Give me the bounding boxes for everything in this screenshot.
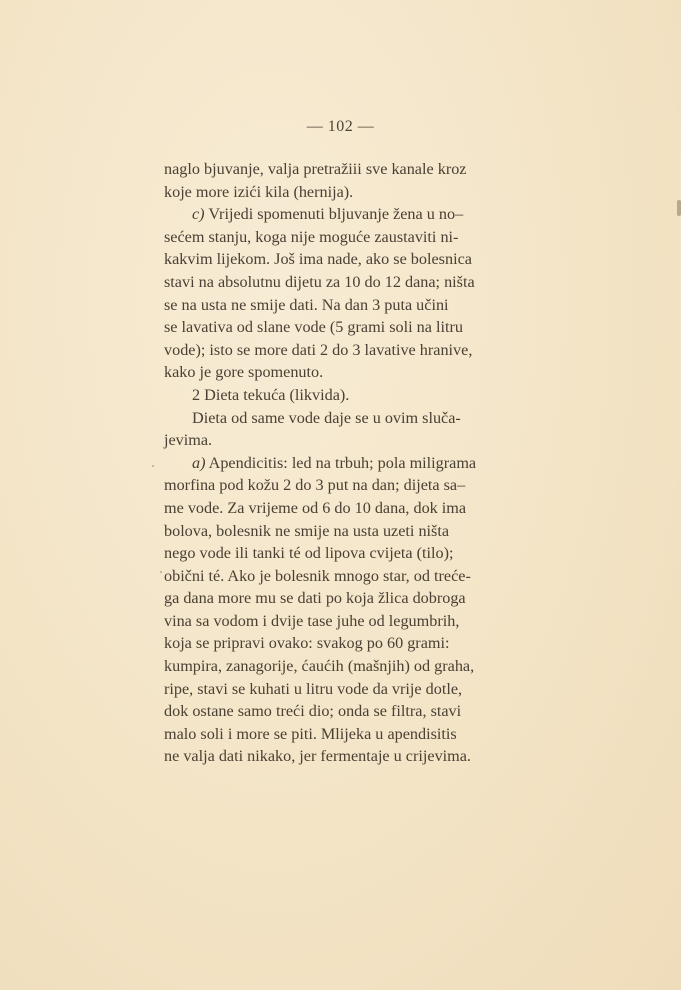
text-line: koja se pripravi ovako: svakog po 60 gra… [164, 632, 544, 655]
line-text: se na usta ne smije dati. Na dan 3 puta … [164, 294, 449, 317]
text-line: malo soli i more se piti. Mlijeka u apen… [164, 723, 544, 746]
section-c-heading: c) Vrijedi spomenuti bljuvanje žena u no… [164, 203, 544, 226]
text-line: nego vode ili tanki té od lipova cvijeta… [164, 542, 544, 565]
text-line: koje more izići kila (hernija). [164, 181, 544, 204]
line-text: ne valja dati nikako, jer fermentaje u c… [164, 745, 471, 768]
line-text: vode); isto se more dati 2 do 3 lavative… [164, 339, 472, 362]
section-a-heading: a) Apendicitis: led na trbuh; pola milig… [164, 452, 544, 475]
line-text: stavi na absolutnu dijetu za 10 do 12 da… [164, 271, 475, 294]
line-text: malo soli i more se piti. Mlijeka u apen… [164, 723, 457, 746]
page-number: — 102 — [0, 118, 681, 136]
line-text: bolova, bolesnik ne smije na usta uzeti … [164, 520, 449, 543]
text-line: sećem stanju, koga nije moguće zaustavit… [164, 226, 544, 249]
line-text: kakvim lijekom. Još ima nade, ako se bol… [164, 248, 472, 271]
text-line: ripe, stavi se kuhati u litru vode da vr… [164, 678, 544, 701]
text-line: kumpira, zanagorije, ćaućih (mašnjih) od… [164, 655, 544, 678]
text-line: me vode. Za vrijeme od 6 do 10 dana, dok… [164, 497, 544, 520]
line-text: kumpira, zanagorije, ćaućih (mašnjih) od… [164, 655, 474, 678]
line-text: morfina pod kožu 2 do 3 put na dan; dije… [164, 474, 465, 497]
text-line: naglo bjuvanje, valja pretražiii sve kan… [164, 158, 544, 181]
line-text: jevima. [164, 429, 212, 452]
text-line: kako je gore spomenuto. [164, 361, 544, 384]
line-text: me vode. Za vrijeme od 6 do 10 dana, dok… [164, 497, 466, 520]
speck [152, 465, 154, 467]
line-text: vina sa vodom i dvije tase juhe od legum… [164, 610, 459, 633]
text-line: vode); isto se more dati 2 do 3 lavative… [164, 339, 544, 362]
line-text: obični té. Ako je bolesnik mnogo star, o… [164, 565, 471, 588]
edge-mark [677, 200, 681, 216]
line-text: 2 Dieta tekuća (likvida). [192, 384, 349, 407]
line-text: koje more izići kila (hernija). [164, 181, 353, 204]
list-marker-a: a) [192, 454, 205, 472]
line-text: naglo bjuvanje, valja pretražiii sve kan… [164, 158, 467, 181]
text-line: dok ostane samo treći dio; onda se filtr… [164, 700, 544, 723]
text-line: ga dana more mu se dati po koja žlica do… [164, 587, 544, 610]
text-line: ne valja dati nikako, jer fermentaje u c… [164, 745, 544, 768]
line-text: Apendicitis: led na trbuh; pola miligram… [209, 454, 476, 472]
text-line: morfina pod kožu 2 do 3 put na dan; dije… [164, 474, 544, 497]
text-line: Dieta od same vode daje se u ovim sluča- [164, 407, 544, 430]
line-text: koja se pripravi ovako: svakog po 60 gra… [164, 632, 449, 655]
line-text: Vrijedi spomenuti bljuvanje žena u no– [208, 205, 463, 223]
line-text: a) Apendicitis: led na trbuh; pola milig… [192, 452, 476, 475]
text-line: kakvim lijekom. Još ima nade, ako se bol… [164, 248, 544, 271]
speck [160, 571, 162, 573]
line-text: dok ostane samo treći dio; onda se filtr… [164, 700, 461, 723]
text-line: jevima. [164, 429, 544, 452]
text-line: obični té. Ako je bolesnik mnogo star, o… [164, 565, 544, 588]
text-line: se lavativa od slane vode (5 grami soli … [164, 316, 544, 339]
body-text: naglo bjuvanje, valja pretražiii sve kan… [164, 158, 544, 768]
text-line: stavi na absolutnu dijetu za 10 do 12 da… [164, 271, 544, 294]
line-text: sećem stanju, koga nije moguće zaustavit… [164, 226, 458, 249]
line-text: Dieta od same vode daje se u ovim sluča- [192, 407, 461, 430]
line-text: se lavativa od slane vode (5 grami soli … [164, 316, 463, 339]
list-marker-c: c) [192, 205, 205, 223]
section-heading-2: 2 Dieta tekuća (likvida). [164, 384, 544, 407]
text-line: se na usta ne smije dati. Na dan 3 puta … [164, 294, 544, 317]
text-line: vina sa vodom i dvije tase juhe od legum… [164, 610, 544, 633]
line-text: ga dana more mu se dati po koja žlica do… [164, 587, 466, 610]
line-text: kako je gore spomenuto. [164, 361, 323, 384]
line-text: c) Vrijedi spomenuti bljuvanje žena u no… [192, 203, 463, 226]
line-text: nego vode ili tanki té od lipova cvijeta… [164, 542, 454, 565]
text-line: bolova, bolesnik ne smije na usta uzeti … [164, 520, 544, 543]
line-text: ripe, stavi se kuhati u litru vode da vr… [164, 678, 462, 701]
